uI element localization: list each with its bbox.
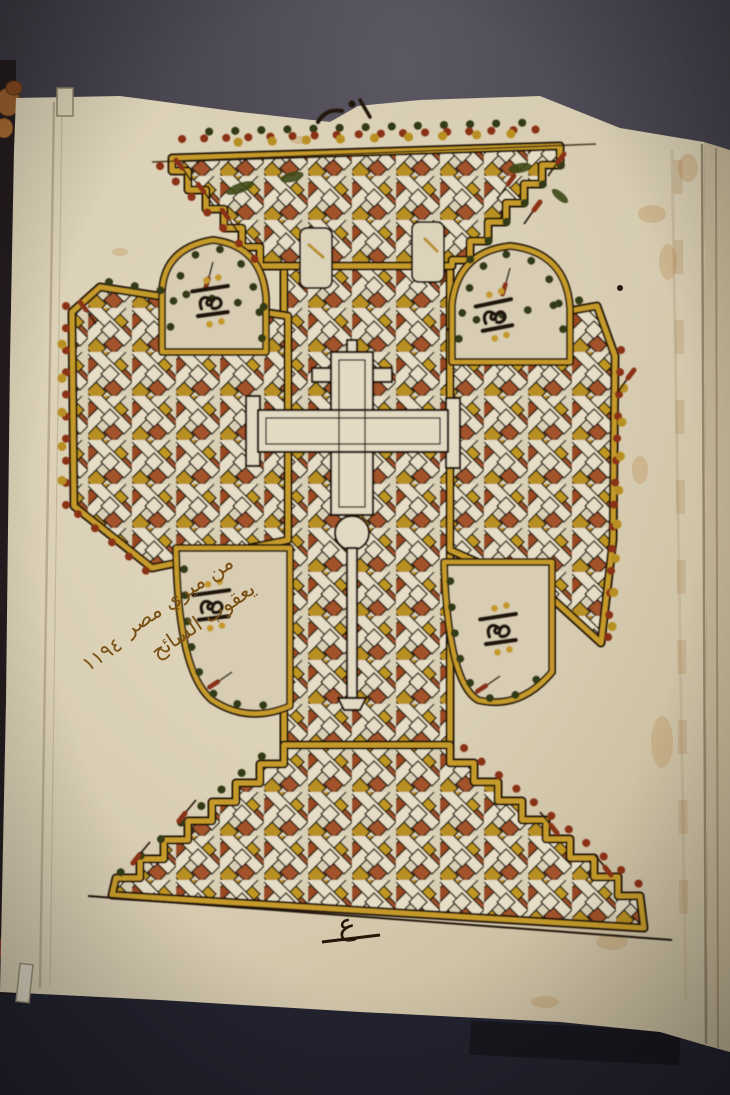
museum-photo: ١١٩٤ من ميري مصر يعقوب السائح ع [0,0,730,1095]
photo-vignette [0,0,730,1095]
